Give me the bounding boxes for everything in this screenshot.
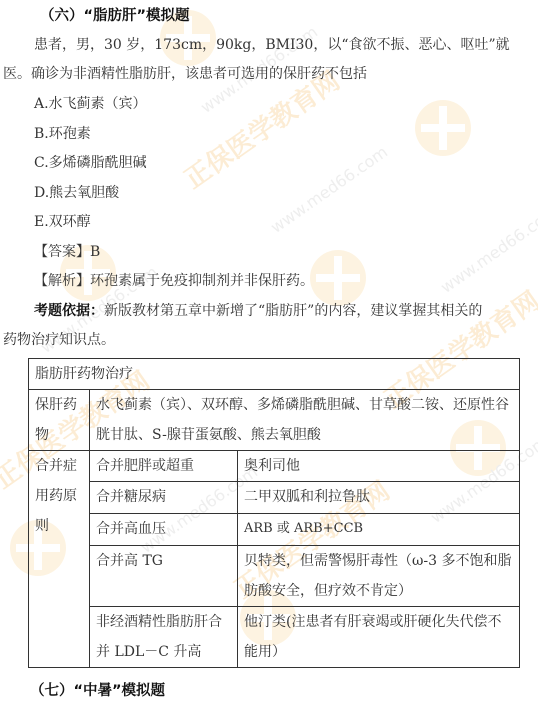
condition-cell: 非经酒精性脂肪肝合并 LDL－C 升高 bbox=[90, 607, 238, 668]
table-title: 脂肪肝药物治疗 bbox=[29, 359, 520, 390]
option-c: C.多烯磷脂酰胆碱 bbox=[34, 153, 147, 173]
treatment-cell: 二甲双胍和利拉鲁肽 bbox=[238, 482, 520, 514]
question-stem-line1: 患者，男，30 岁，173cm，90kg，BMI30，以“食欲不振、恶心、呕吐”… bbox=[34, 35, 510, 55]
condition-cell: 合并肥胖或超重 bbox=[90, 451, 238, 482]
analysis-label: 【解析】 bbox=[34, 273, 90, 289]
option-e: E.双环醇 bbox=[34, 212, 91, 232]
basis-line1: 考题依据：新版教材第五章中新增了“脂肪肝”的内容，建议掌握其相关的 bbox=[34, 301, 482, 321]
basis-text: 新版教材第五章中新增了“脂肪肝”的内容，建议掌握其相关的 bbox=[104, 303, 482, 319]
analysis-text: 环孢素属于免疫抑制剂并非保肝药。 bbox=[90, 273, 314, 289]
liver-drugs-label: 保肝药物 bbox=[29, 390, 90, 451]
answer-value: B bbox=[90, 244, 100, 260]
watermark-logo-icon bbox=[310, 250, 366, 306]
watermark-url: www.med66.com bbox=[267, 142, 391, 237]
analysis-line: 【解析】环孢素属于免疫抑制剂并非保肝药。 bbox=[34, 271, 314, 291]
fatty-liver-drug-table: 脂肪肝药物治疗 保肝药物 水飞蓟素（宾）、双环醇、多烯磷脂酰胆碱、甘草酸二铵、还… bbox=[28, 358, 520, 668]
section-heading: （六）“脂肪肝”模拟题 bbox=[40, 6, 190, 26]
basis-label: 考题依据： bbox=[34, 303, 104, 319]
treatment-cell: 奥利司他 bbox=[238, 451, 520, 482]
condition-cell: 合并糖尿病 bbox=[90, 482, 238, 514]
option-a: A.水飞蓟素（宾） bbox=[34, 94, 147, 114]
question-stem-line2: 医。确诊为非酒精性脂肪肝，该患者可选用的保肝药不包括 bbox=[3, 64, 367, 84]
watermark-logo-icon bbox=[415, 100, 471, 156]
liver-drugs-content: 水飞蓟素（宾）、双环醇、多烯磷脂酰胆碱、甘草酸二铵、还原性谷胱甘肽、S-腺苷蛋氨… bbox=[90, 390, 520, 451]
next-section-heading: （七）“中暑”模拟题 bbox=[30, 681, 165, 701]
basis-line2: 药物治疗知识点。 bbox=[3, 330, 115, 350]
condition-cell: 合并高 TG bbox=[90, 546, 238, 607]
option-b: B.环孢素 bbox=[34, 124, 91, 144]
option-d: D.熊去氧胆酸 bbox=[34, 183, 119, 203]
condition-cell: 合并高血压 bbox=[90, 514, 238, 546]
answer-label: 【答案】 bbox=[34, 244, 90, 260]
watermark-url: www.med66.com bbox=[437, 202, 538, 297]
comorbidity-label: 合并症用药原则 bbox=[29, 451, 90, 668]
treatment-cell: 他汀类(注患者有肝衰竭或肝硬化失代偿不能用） bbox=[238, 607, 520, 668]
answer-line: 【答案】B bbox=[34, 242, 100, 262]
treatment-cell: ARB 或 ARB+CCB bbox=[238, 514, 520, 546]
treatment-cell: 贝特类，但需警惕肝毒性（ω-3 多不饱和脂肪酸安全，但疗效不肯定） bbox=[238, 546, 520, 607]
